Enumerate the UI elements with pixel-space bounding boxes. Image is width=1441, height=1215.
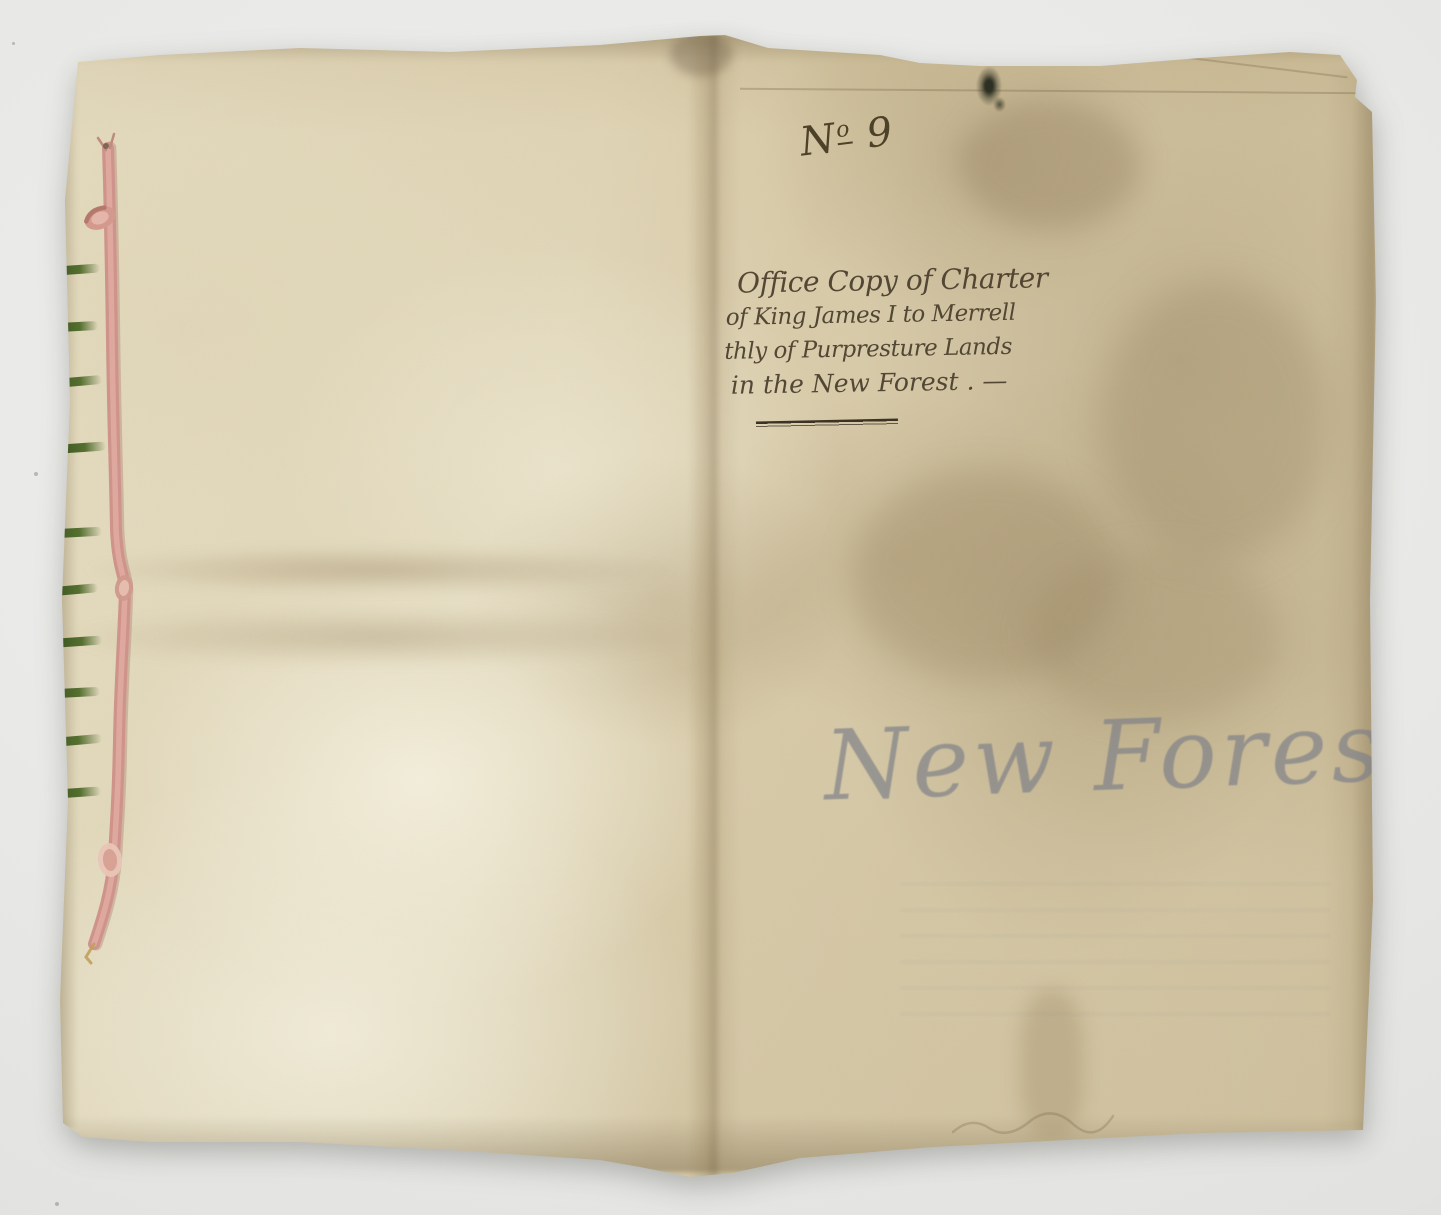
parchment-grain-texture [0,0,1441,1215]
parchment-document: No 9 Office Copy of Charter of King Jame… [0,0,1441,1215]
photograph-background: No 9 Office Copy of Charter of King Jame… [0,0,1441,1215]
parchment-sheet: No 9 Office Copy of Charter of King Jame… [0,0,1441,1215]
